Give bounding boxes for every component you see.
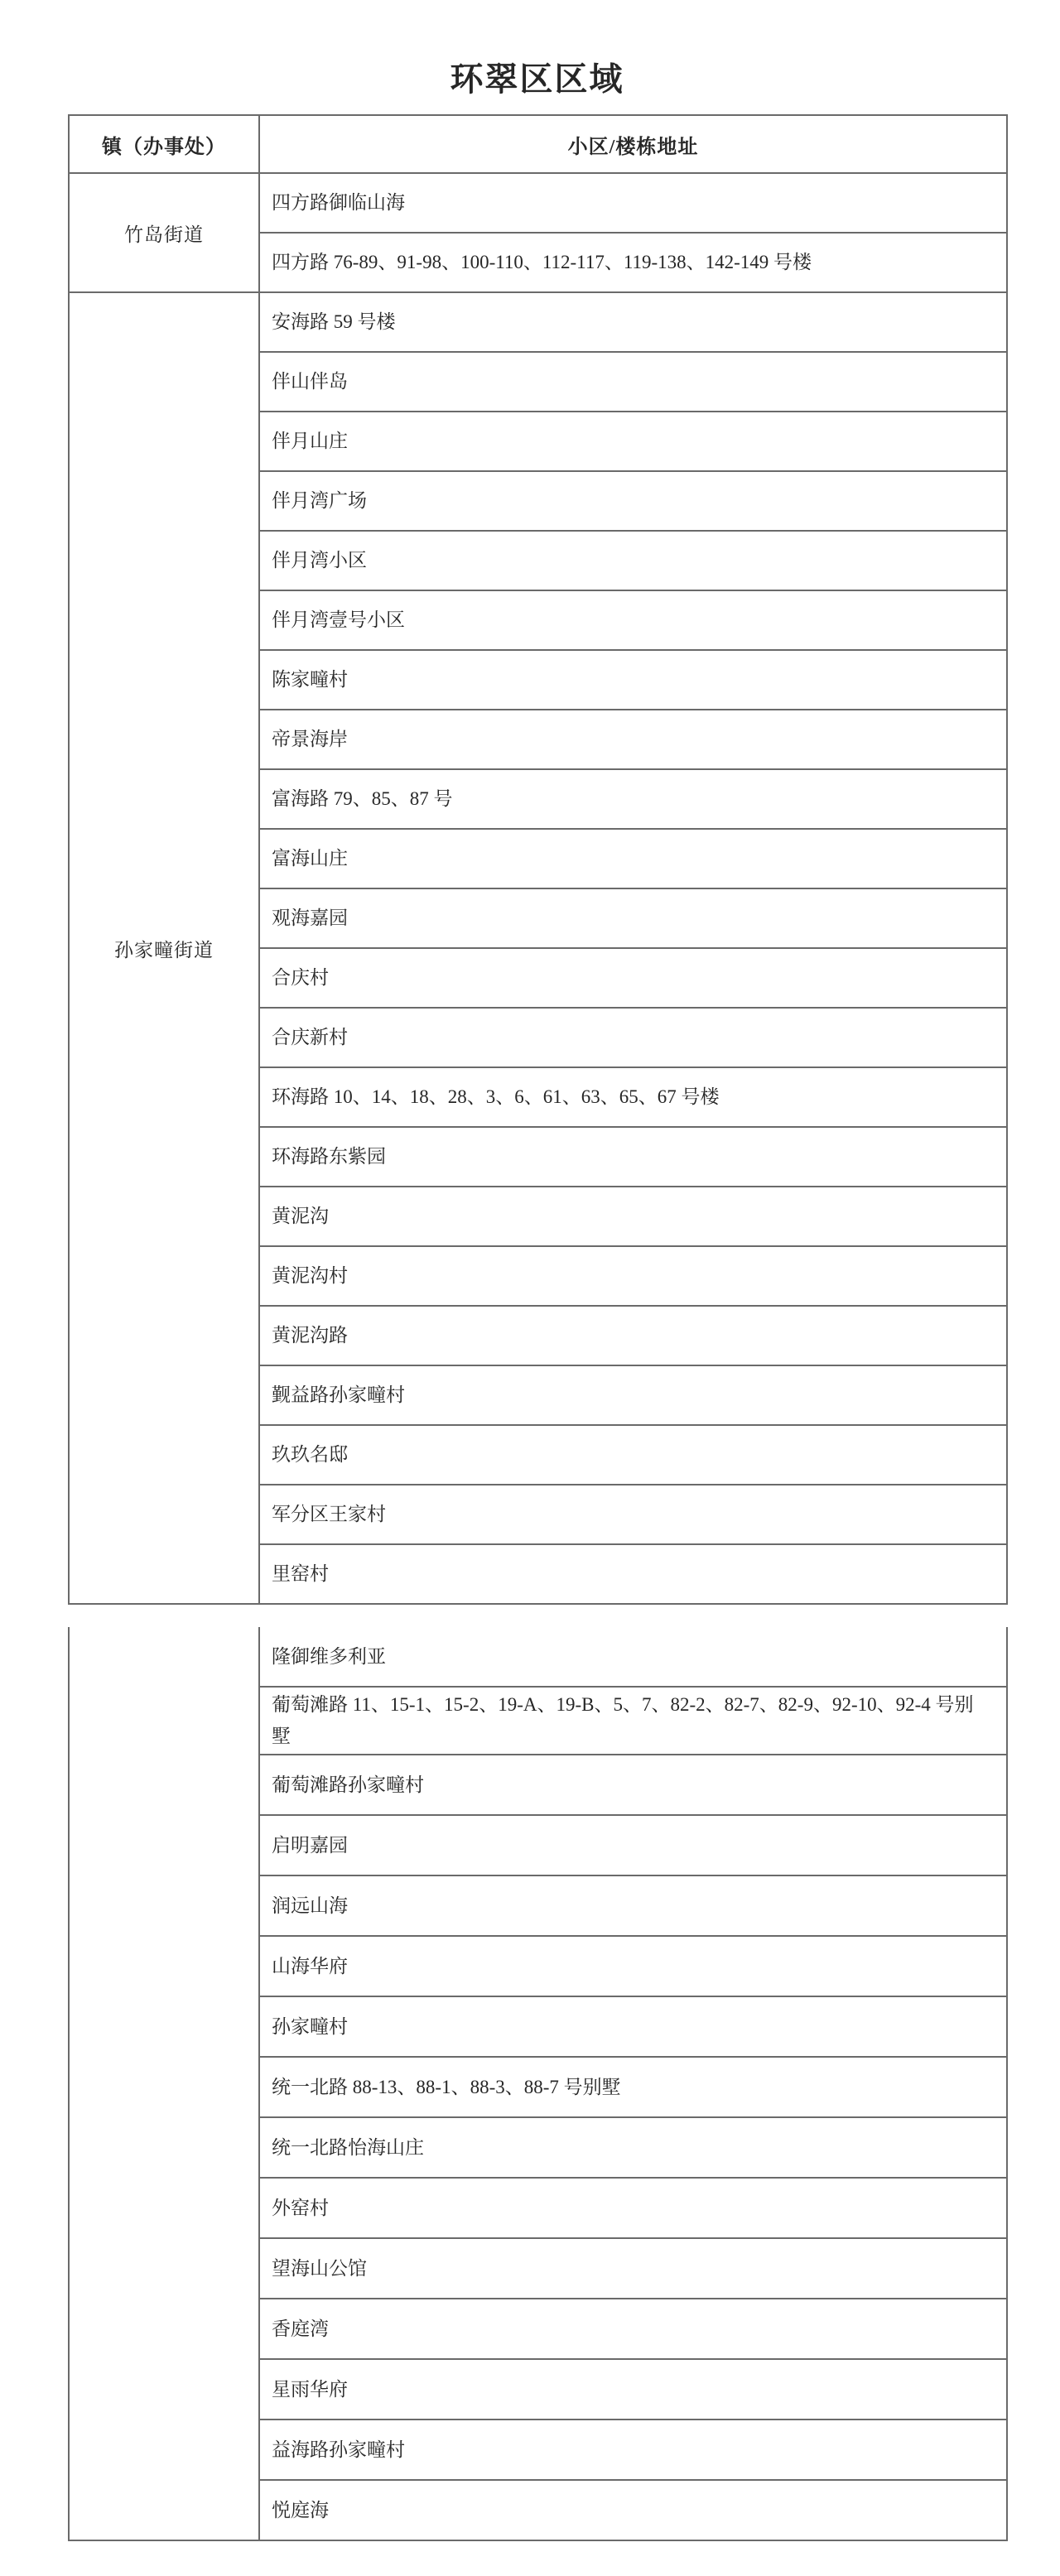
table-row: 孙家疃街道 安海路 59 号楼 — [69, 292, 1007, 352]
address-cell: 环海路东紫园 — [259, 1127, 1007, 1187]
page-title: 环翠区区域 — [68, 0, 1006, 98]
address-cell: 观海嘉园 — [259, 888, 1007, 948]
region-table: 镇（办事处） 小区/楼栋地址 竹岛街道 四方路御临山海 四方路 76-89、91… — [68, 114, 1008, 1605]
address-cell: 富海山庄 — [259, 829, 1007, 888]
address-cell: 军分区王家村 — [259, 1485, 1007, 1544]
address-cell: 葡萄滩路 11、15-1、15-2、19-A、19-B、5、7、82-2、82-… — [259, 1687, 1007, 1755]
address-cell: 望海山公馆 — [259, 2238, 1007, 2299]
address-cell: 里窑村 — [259, 1544, 1007, 1604]
address-cell: 香庭湾 — [259, 2299, 1007, 2359]
address-cell: 安海路 59 号楼 — [259, 292, 1007, 352]
header-row: 镇（办事处） 小区/楼栋地址 — [69, 115, 1007, 173]
address-cell: 润远山海 — [259, 1875, 1007, 1936]
address-cell: 统一北路怡海山庄 — [259, 2117, 1007, 2178]
town-cell: 孙家疃街道 — [69, 292, 259, 1604]
address-cell: 黄泥沟 — [259, 1187, 1007, 1246]
header-cell-town: 镇（办事处） — [69, 115, 259, 173]
address-cell: 陈家疃村 — [259, 650, 1007, 710]
address-cell: 伴月湾小区 — [259, 531, 1007, 590]
address-cell: 帝景海岸 — [259, 710, 1007, 769]
region-table-wrapper: 镇（办事处） 小区/楼栋地址 竹岛街道 四方路御临山海 四方路 76-89、91… — [68, 114, 1006, 2541]
address-cell: 隆御维多利亚 — [259, 1627, 1007, 1687]
address-cell: 孙家疃村 — [259, 1996, 1007, 2057]
address-cell: 悦庭海 — [259, 2480, 1007, 2540]
address-cell: 山海华府 — [259, 1936, 1007, 1996]
address-cell: 葡萄滩路孙家疃村 — [259, 1755, 1007, 1815]
address-cell: 外窑村 — [259, 2178, 1007, 2238]
address-cell: 伴山伴岛 — [259, 352, 1007, 412]
address-cell: 伴月山庄 — [259, 412, 1007, 471]
address-cell: 启明嘉园 — [259, 1815, 1007, 1875]
address-cell: 益海路孙家疃村 — [259, 2420, 1007, 2480]
header-cell-address: 小区/楼栋地址 — [259, 115, 1007, 173]
table-row: 隆御维多利亚 — [69, 1627, 1007, 1687]
address-cell: 环海路 10、14、18、28、3、6、61、63、65、67 号楼 — [259, 1067, 1007, 1127]
town-cell-empty — [69, 1627, 259, 2540]
page-break-gap — [68, 1605, 1006, 1627]
address-cell: 四方路 76-89、91-98、100-110、112-117、119-138、… — [259, 233, 1007, 292]
address-cell: 星雨华府 — [259, 2359, 1007, 2420]
address-cell: 合庆新村 — [259, 1008, 1007, 1067]
table-row: 竹岛街道 四方路御临山海 — [69, 173, 1007, 233]
address-cell: 四方路御临山海 — [259, 173, 1007, 233]
address-cell: 统一北路 88-13、88-1、88-3、88-7 号别墅 — [259, 2057, 1007, 2117]
address-cell: 黄泥沟村 — [259, 1246, 1007, 1306]
region-table-continued: 隆御维多利亚 葡萄滩路 11、15-1、15-2、19-A、19-B、5、7、8… — [68, 1627, 1008, 2541]
address-cell: 合庆村 — [259, 948, 1007, 1008]
address-cell: 玖玖名邸 — [259, 1425, 1007, 1485]
address-cell: 富海路 79、85、87 号 — [259, 769, 1007, 829]
address-cell: 伴月湾广场 — [259, 471, 1007, 531]
address-cell: 伴月湾壹号小区 — [259, 590, 1007, 650]
address-cell: 黄泥沟路 — [259, 1306, 1007, 1365]
address-cell: 觐益路孙家疃村 — [259, 1365, 1007, 1425]
town-cell: 竹岛街道 — [69, 173, 259, 292]
